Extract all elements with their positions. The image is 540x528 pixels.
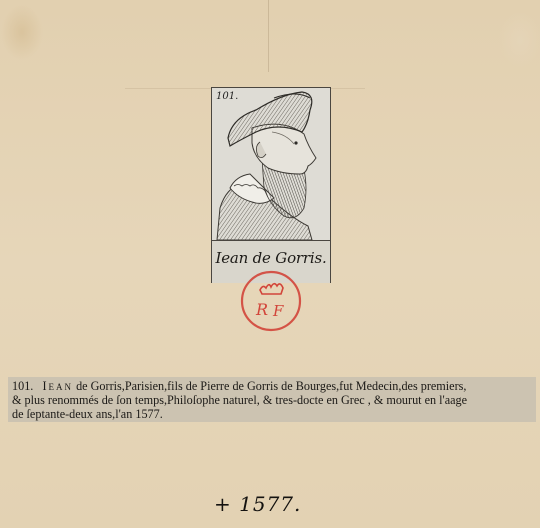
biography-name: Iean	[42, 379, 73, 393]
portrait-image	[212, 88, 330, 240]
biography-text: 101. Iean de Gorris,Parisien,fils de Pie…	[8, 377, 536, 422]
biography-number: 101.	[12, 379, 33, 393]
biography-line-2: & plus renommés de ſon temps,Philoſophe …	[12, 393, 536, 407]
portrait-caption: Iean de Gorris.	[212, 249, 330, 267]
fold-line-vertical	[268, 0, 269, 72]
svg-text:R: R	[255, 300, 268, 319]
death-year-annotation: + 1577.	[214, 492, 301, 516]
biography-line-3: de ſeptante-deux ans,l'an 1577.	[12, 407, 536, 421]
library-stamp-icon: R F	[240, 270, 302, 332]
svg-text:F: F	[272, 302, 284, 320]
biography-line-1: 101. Iean de Gorris,Parisien,fils de Pie…	[12, 379, 536, 393]
portrait-engraving: 101. Iean de Gorris.	[211, 87, 331, 283]
plate-number: 101.	[216, 91, 238, 102]
